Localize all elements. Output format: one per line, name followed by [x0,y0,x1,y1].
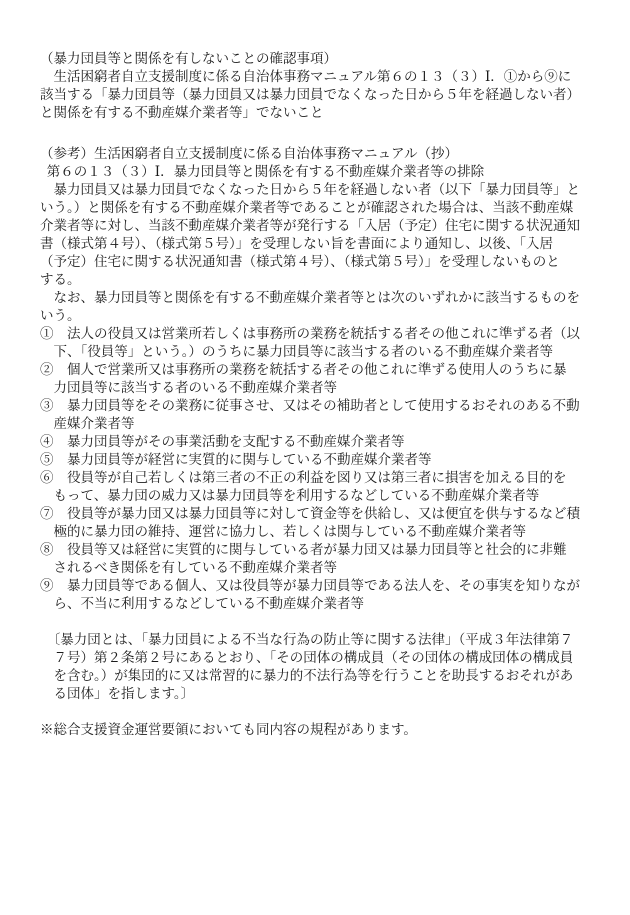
text-line: （参考）生活困窮者自立支援制度に係る自治体事務マニュアル（抄） [40,145,604,163]
text-line: なお、暴力団員等と関係を有する不動産媒介業者等とは次のいずれかに該当するものを [40,289,604,307]
text-line: ② 個人で営業所又は事務所の業務を統括する者その他これに準ずる使用人のうちに暴 [40,361,604,379]
text-line: ※総合支援資金運営要領においても同内容の規程があります。 [40,721,604,739]
boryokudan-definition-note: 〔暴力団とは、「暴力団員による不当な行為の防止等に関する法律」（平成３年法律第７… [40,631,604,703]
text-line: いう。）と関係を有する不動産媒介業者等であることが確認された場合は、当該不動産媒 [40,199,604,217]
text-line: ④ 暴力団員等がその事業活動を支配する不動産媒介業者等 [40,433,604,451]
document-body: （暴力団員等と関係を有しないことの確認事項）生活困窮者自立支援制度に係る自治体事… [40,50,604,739]
text-line: もって、暴力団の威力又は暴力団員等を利用するなどしている不動産媒介業者等 [40,487,604,505]
text-line: ⑦ 役員等が暴力団又は暴力団員等に対して資金等を供給し、又は便宜を供与するなど積 [40,505,604,523]
text-line: ⑤ 暴力団員等が経営に実質的に関与している不動産媒介業者等 [40,451,604,469]
text-line: ７号）第２条第２号にあるとおり、「その団体の構成員（その団体の構成団体の構成員 [40,649,604,667]
document-page: （暴力団員等と関係を有しないことの確認事項）生活困窮者自立支援制度に係る自治体事… [0,0,630,915]
text-line: ⑥ 役員等が自己若しくは第三者の不正の利益を図り又は第三者に損害を加える目的を [40,469,604,487]
text-line: いう。 [40,307,604,325]
text-line: 〔暴力団とは、「暴力団員による不当な行為の防止等に関する法律」（平成３年法律第７ [40,631,604,649]
text-line: 産媒介業者等 [40,415,604,433]
text-line: ⑨ 暴力団員等である個人、又は役員等が暴力団員等である法人を、その事実を知りなが [40,577,604,595]
text-line: 該当する「暴力団員等（暴力団員又は暴力団員でなくなった日から５年を経過しない者） [40,86,604,104]
text-line: （予定）住宅に関する状況通知書（様式第４号）、（様式第５号）」を受理しないものと [40,253,604,271]
text-line: る団体」を指します。〕 [40,685,604,703]
text-line: 暴力団員又は暴力団員でなくなった日から５年を経過しない者（以下「暴力団員等」と [40,181,604,199]
text-line: と関係を有する不動産媒介業者等」でないこと [40,104,604,122]
text-line: 介業者等に対し、当該不動産媒介業者等が発行する「入居（予定）住宅に関する状況通知 [40,217,604,235]
text-line: ① 法人の役員又は営業所若しくは事務所の業務を統括する者その他これに準ずる者（以 [40,325,604,343]
text-line: されるべき関係を有している不動産媒介業者等 [40,559,604,577]
supplementary-note: ※総合支援資金運営要領においても同内容の規程があります。 [40,721,604,739]
reference-manual-excerpt: （参考）生活困窮者自立支援制度に係る自治体事務マニュアル（抄）第６の１３（３）Ⅰ… [40,145,604,613]
text-line: （暴力団員等と関係を有しないことの確認事項） [40,50,604,68]
text-line: 力団員等に該当する者のいる不動産媒介業者等 [40,379,604,397]
text-line: 第６の１３（３）Ⅰ．暴力団員等と関係を有する不動産媒介業者等の排除 [40,163,604,181]
text-line: ③ 暴力団員等をその業務に従事させ、又はその補助者として使用するおそれのある不動 [40,397,604,415]
text-line: を含む。）が集団的に又は常習的に暴力的不法行為等を行うことを助長するおそれがあ [40,667,604,685]
text-line: ⑧ 役員等又は経営に実質的に関与している者が暴力団又は暴力団員等と社会的に非難 [40,541,604,559]
text-line: 書（様式第４号）、（様式第５号）」を受理しない旨を書面により通知し、以後、「入居 [40,235,604,253]
text-line: 生活困窮者自立支援制度に係る自治体事務マニュアル第６の１３（３）Ⅰ．①から⑨に [40,68,604,86]
text-line: ら、不当に利用するなどしている不動産媒介業者等 [40,595,604,613]
text-line: 極的に暴力団の維持、運営に協力し、若しくは関与している不動産媒介業者等 [40,523,604,541]
text-line: する。 [40,271,604,289]
confirmation-requirements-block: （暴力団員等と関係を有しないことの確認事項）生活困窮者自立支援制度に係る自治体事… [40,50,604,122]
text-line: 下、「役員等」という。）のうちに暴力団員等に該当する者のいる不動産媒介業者等 [40,343,604,361]
